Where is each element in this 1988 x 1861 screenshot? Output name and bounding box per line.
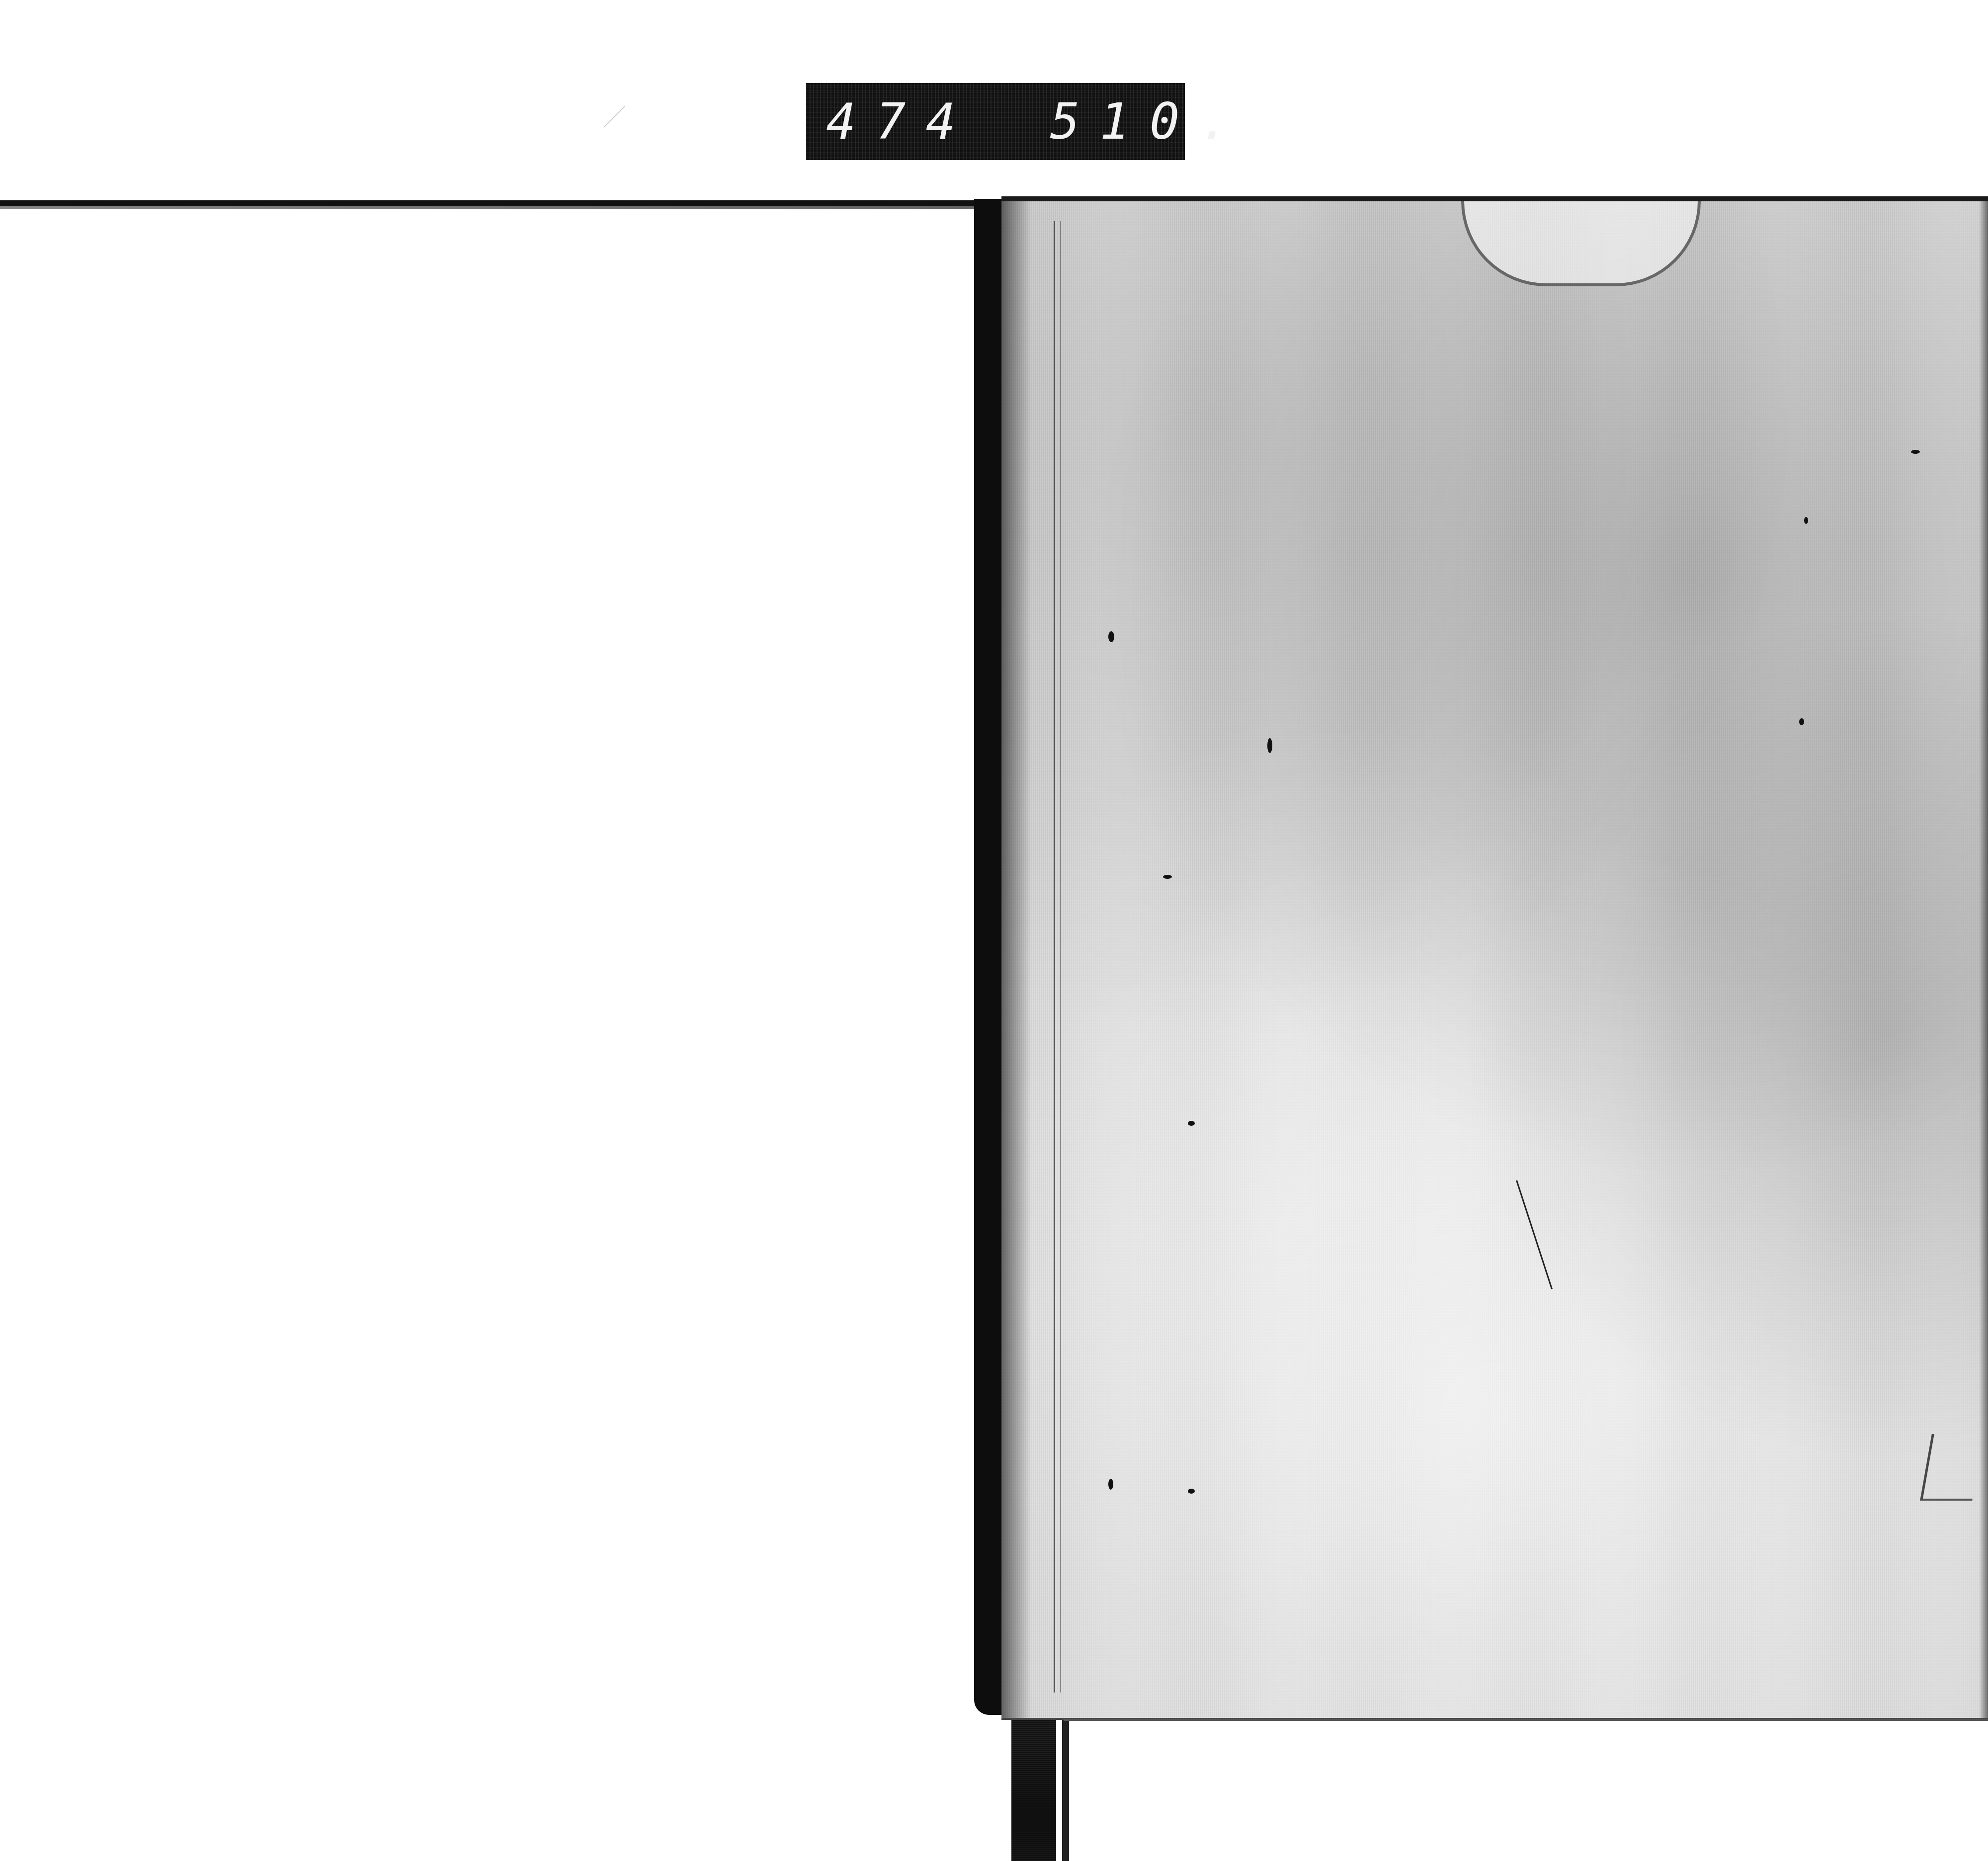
book-spine — [974, 199, 1004, 1715]
cover-hinge-line — [1054, 221, 1055, 1692]
microfilm-frame-label: 474 510. — [806, 83, 1185, 160]
speck — [1188, 1489, 1195, 1494]
speck — [1911, 450, 1920, 454]
spine-tail-edge — [1062, 1710, 1069, 1861]
top-edge-rule — [0, 200, 984, 206]
cover-right-edge — [1979, 201, 1988, 1718]
speck — [1799, 718, 1804, 725]
frame-number-start: 474 — [826, 92, 976, 151]
speck — [1804, 517, 1808, 524]
cover-left-shadow — [1001, 201, 1031, 1718]
stray-mark — [603, 106, 625, 128]
speck — [1108, 631, 1114, 642]
water-stain — [1461, 201, 1701, 286]
speck — [1267, 738, 1272, 753]
spine-tail — [1011, 1710, 1056, 1861]
speck — [1188, 1121, 1195, 1126]
blank-facing-page — [0, 209, 974, 1861]
cover-bottom-edge — [1064, 1719, 1988, 1721]
speck — [1163, 875, 1172, 879]
scratch-mark — [1516, 1180, 1553, 1289]
speck — [1108, 1479, 1113, 1490]
frame-number-end: 510. — [1050, 92, 1249, 151]
book-cover — [1001, 196, 1988, 1720]
corner-damage-mark — [1920, 1434, 1984, 1501]
cover-hinge-line-secondary — [1060, 221, 1061, 1692]
